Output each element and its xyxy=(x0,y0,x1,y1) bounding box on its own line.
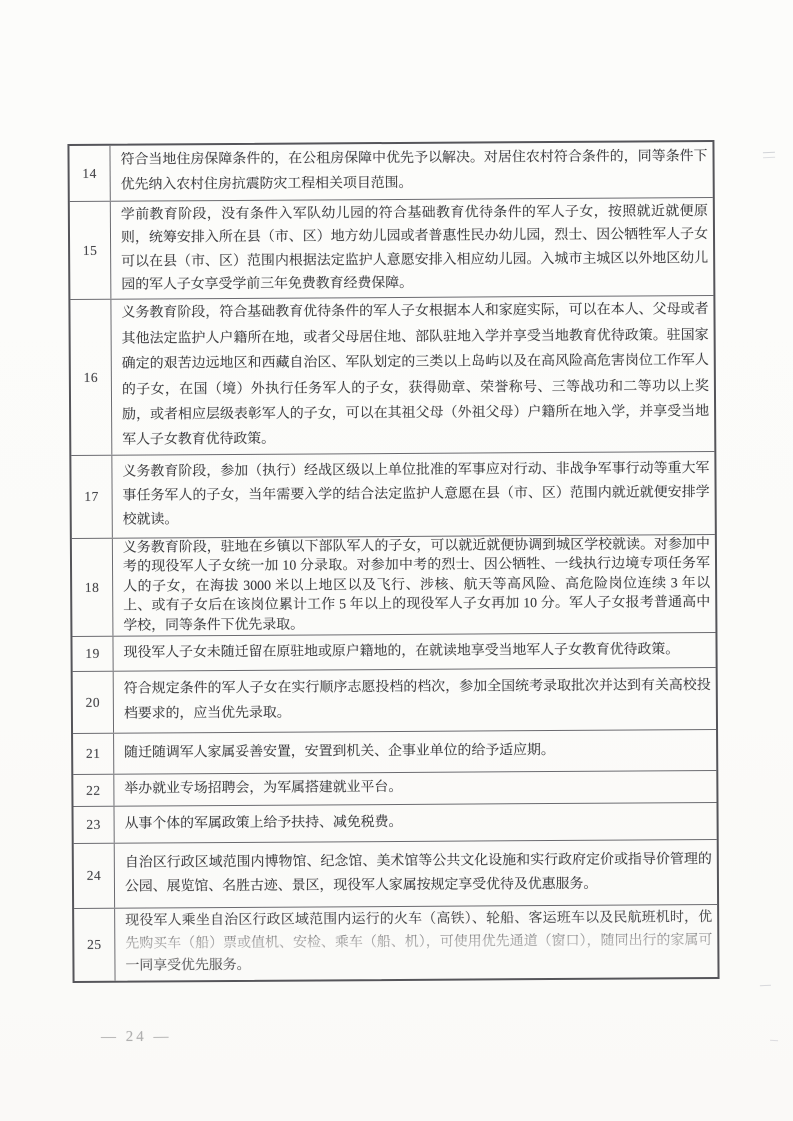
table-row: 22 举办就业专场招聘会，为军属搭建就业平台。 xyxy=(73,770,716,806)
table-row: 24 自治区行政区域范围内博物馆、纪念馆、美术馆等公共文化设施和实行政府定价或指… xyxy=(74,839,717,908)
row-text: 学前教育阶段，没有条件入军队幼儿园的符合基础教育优待条件的军人子女，按照就近就便… xyxy=(121,200,709,297)
row-number: 17 xyxy=(71,456,113,538)
row-number: 14 xyxy=(69,146,110,201)
row-text: 现役军人子女未随迁留在原驻地或原户籍地的，在就读地享受当地军人子女教育优待政策。 xyxy=(123,638,710,666)
row-content-cell: 随迁随调军人家属妥善安置，安置到机关、企事业单位的给予适应期。 xyxy=(114,730,716,774)
table-row: 19 现役军人子女未随迁留在原驻地或原户籍地的，在就读地享受当地军人子女教育优待… xyxy=(72,632,715,671)
policy-table: 14 符合当地住房保障条件的，在公租房保障中优先予以解决。对居住农村符合条件的，… xyxy=(67,140,719,983)
row-number: 16 xyxy=(70,300,112,455)
row-content-cell: 符合规定条件的军人子女在实行顺序志愿投档的档次，参加全国统考录取批次并达到有关高… xyxy=(114,668,716,733)
scanned-document-page: 14 符合当地住房保障条件的，在公租房保障中优先予以解决。对居住农村符合条件的，… xyxy=(0,0,793,1121)
scan-smudge-artifact xyxy=(763,152,775,158)
scan-smudge-artifact xyxy=(770,1040,778,1044)
row-text: 符合规定条件的军人子女在实行顺序志愿投档的档次，参加全国统考录取批次并达到有关高… xyxy=(124,674,711,726)
row-text: 随迁随调军人家属妥善安置，安置到机关、企事业单位的给予适应期。 xyxy=(124,738,711,766)
row-content-cell: 义务教育阶段，驻地在乡镇以下部队军人的子女，可以就近就便协调到城区学校就读。对参… xyxy=(113,535,716,636)
table-row: 14 符合当地住房保障条件的，在公租房保障中优先予以解决。对居住农村符合条件的，… xyxy=(69,142,712,201)
row-number: 19 xyxy=(72,637,113,671)
row-content-cell: 现役军人子女未随迁留在原驻地或原户籍地的，在就读地享受当地军人子女教育优待政策。 xyxy=(113,633,715,671)
table-row: 25 现役军人乘坐自治区行政区域范围内运行的火车（高铁）、轮船、客运班车以及民航… xyxy=(74,904,717,981)
row-content-cell: 自治区行政区域范围内博物馆、纪念馆、美术馆等公共文化设施和实行政府定价或指导价管… xyxy=(115,840,717,908)
table-row: 23 从事个体的军属政策上给予扶持、减免税费。 xyxy=(73,802,716,843)
table-row: 18 义务教育阶段，驻地在乡镇以下部队军人的子女，可以就近就便协调到城区学校就读… xyxy=(72,534,716,636)
row-number: 24 xyxy=(74,844,115,908)
page-number: — 24 — xyxy=(101,1029,172,1046)
row-text: 义务教育阶段，驻地在乡镇以下部队军人的子女，可以就近就便协调到城区学校就读。对参… xyxy=(123,535,711,636)
table-row: 21 随迁随调军人家属妥善安置，安置到机关、企事业单位的给予适应期。 xyxy=(73,729,716,774)
row-text: 从事个体的军属政策上给予扶持、减免税费。 xyxy=(125,809,712,837)
row-number: 18 xyxy=(72,539,114,636)
row-content-cell: 现役军人乘坐自治区行政区域范围内运行的火车（高铁）、轮船、客运班车以及民航班机时… xyxy=(115,905,717,981)
row-text: 义务教育阶段，参加（执行）经战区级以上单位批准的军事应对行动、非战争军事行动等重… xyxy=(122,457,709,533)
row-number: 22 xyxy=(73,775,114,806)
row-content-cell: 从事个体的军属政策上给予扶持、减免税费。 xyxy=(114,803,716,843)
row-number: 15 xyxy=(70,202,112,299)
table-row: 20 符合规定条件的军人子女在实行顺序志愿投档的档次，参加全国统考录取批次并达到… xyxy=(73,667,716,733)
table-row: 16 义务教育阶段，符合基础教育优待条件的军人子女根据本人和家庭实际，可以在本人… xyxy=(70,295,714,455)
table-row: 15 学前教育阶段，没有条件入军队幼儿园的符合基础教育优待条件的军人子女，按照就… xyxy=(70,197,714,299)
scan-smudge-artifact xyxy=(760,985,771,990)
row-content-cell: 学前教育阶段，没有条件入军队幼儿园的符合基础教育优待条件的军人子女，按照就近就便… xyxy=(111,198,714,299)
row-text: 自治区行政区域范围内博物馆、纪念馆、美术馆等公共文化设施和实行政府定价或指导价管… xyxy=(125,848,712,900)
row-content-cell: 举办就业专场招聘会，为军属搭建就业平台。 xyxy=(114,771,716,806)
row-number: 25 xyxy=(74,909,115,981)
row-number: 20 xyxy=(73,672,114,733)
row-text: 符合当地住房保障条件的，在公租房保障中优先予以解决。对居住农村符合条件的，同等条… xyxy=(120,145,707,197)
row-content-cell: 义务教育阶段，参加（执行）经战区级以上单位批准的军事应对行动、非战争军事行动等重… xyxy=(112,452,714,538)
row-number: 23 xyxy=(73,807,114,843)
row-text: 现役军人乘坐自治区行政区域范围内运行的火车（高铁）、轮船、客运班车以及民航班机时… xyxy=(125,907,712,978)
row-text: 举办就业专场招聘会，为军属搭建就业平台。 xyxy=(124,774,711,802)
row-number: 21 xyxy=(73,734,114,774)
row-text: 义务教育阶段，符合基础教育优待条件的军人子女根据本人和家庭实际，可以在本人、父母… xyxy=(121,297,709,453)
row-content-cell: 符合当地住房保障条件的，在公租房保障中优先予以解决。对居住农村符合条件的，同等条… xyxy=(110,142,712,201)
table-row: 17 义务教育阶段，参加（执行）经战区级以上单位批准的军事应对行动、非战争军事行… xyxy=(71,451,714,538)
row-content-cell: 义务教育阶段，符合基础教育优待条件的军人子女根据本人和家庭实际，可以在本人、父母… xyxy=(111,296,714,455)
